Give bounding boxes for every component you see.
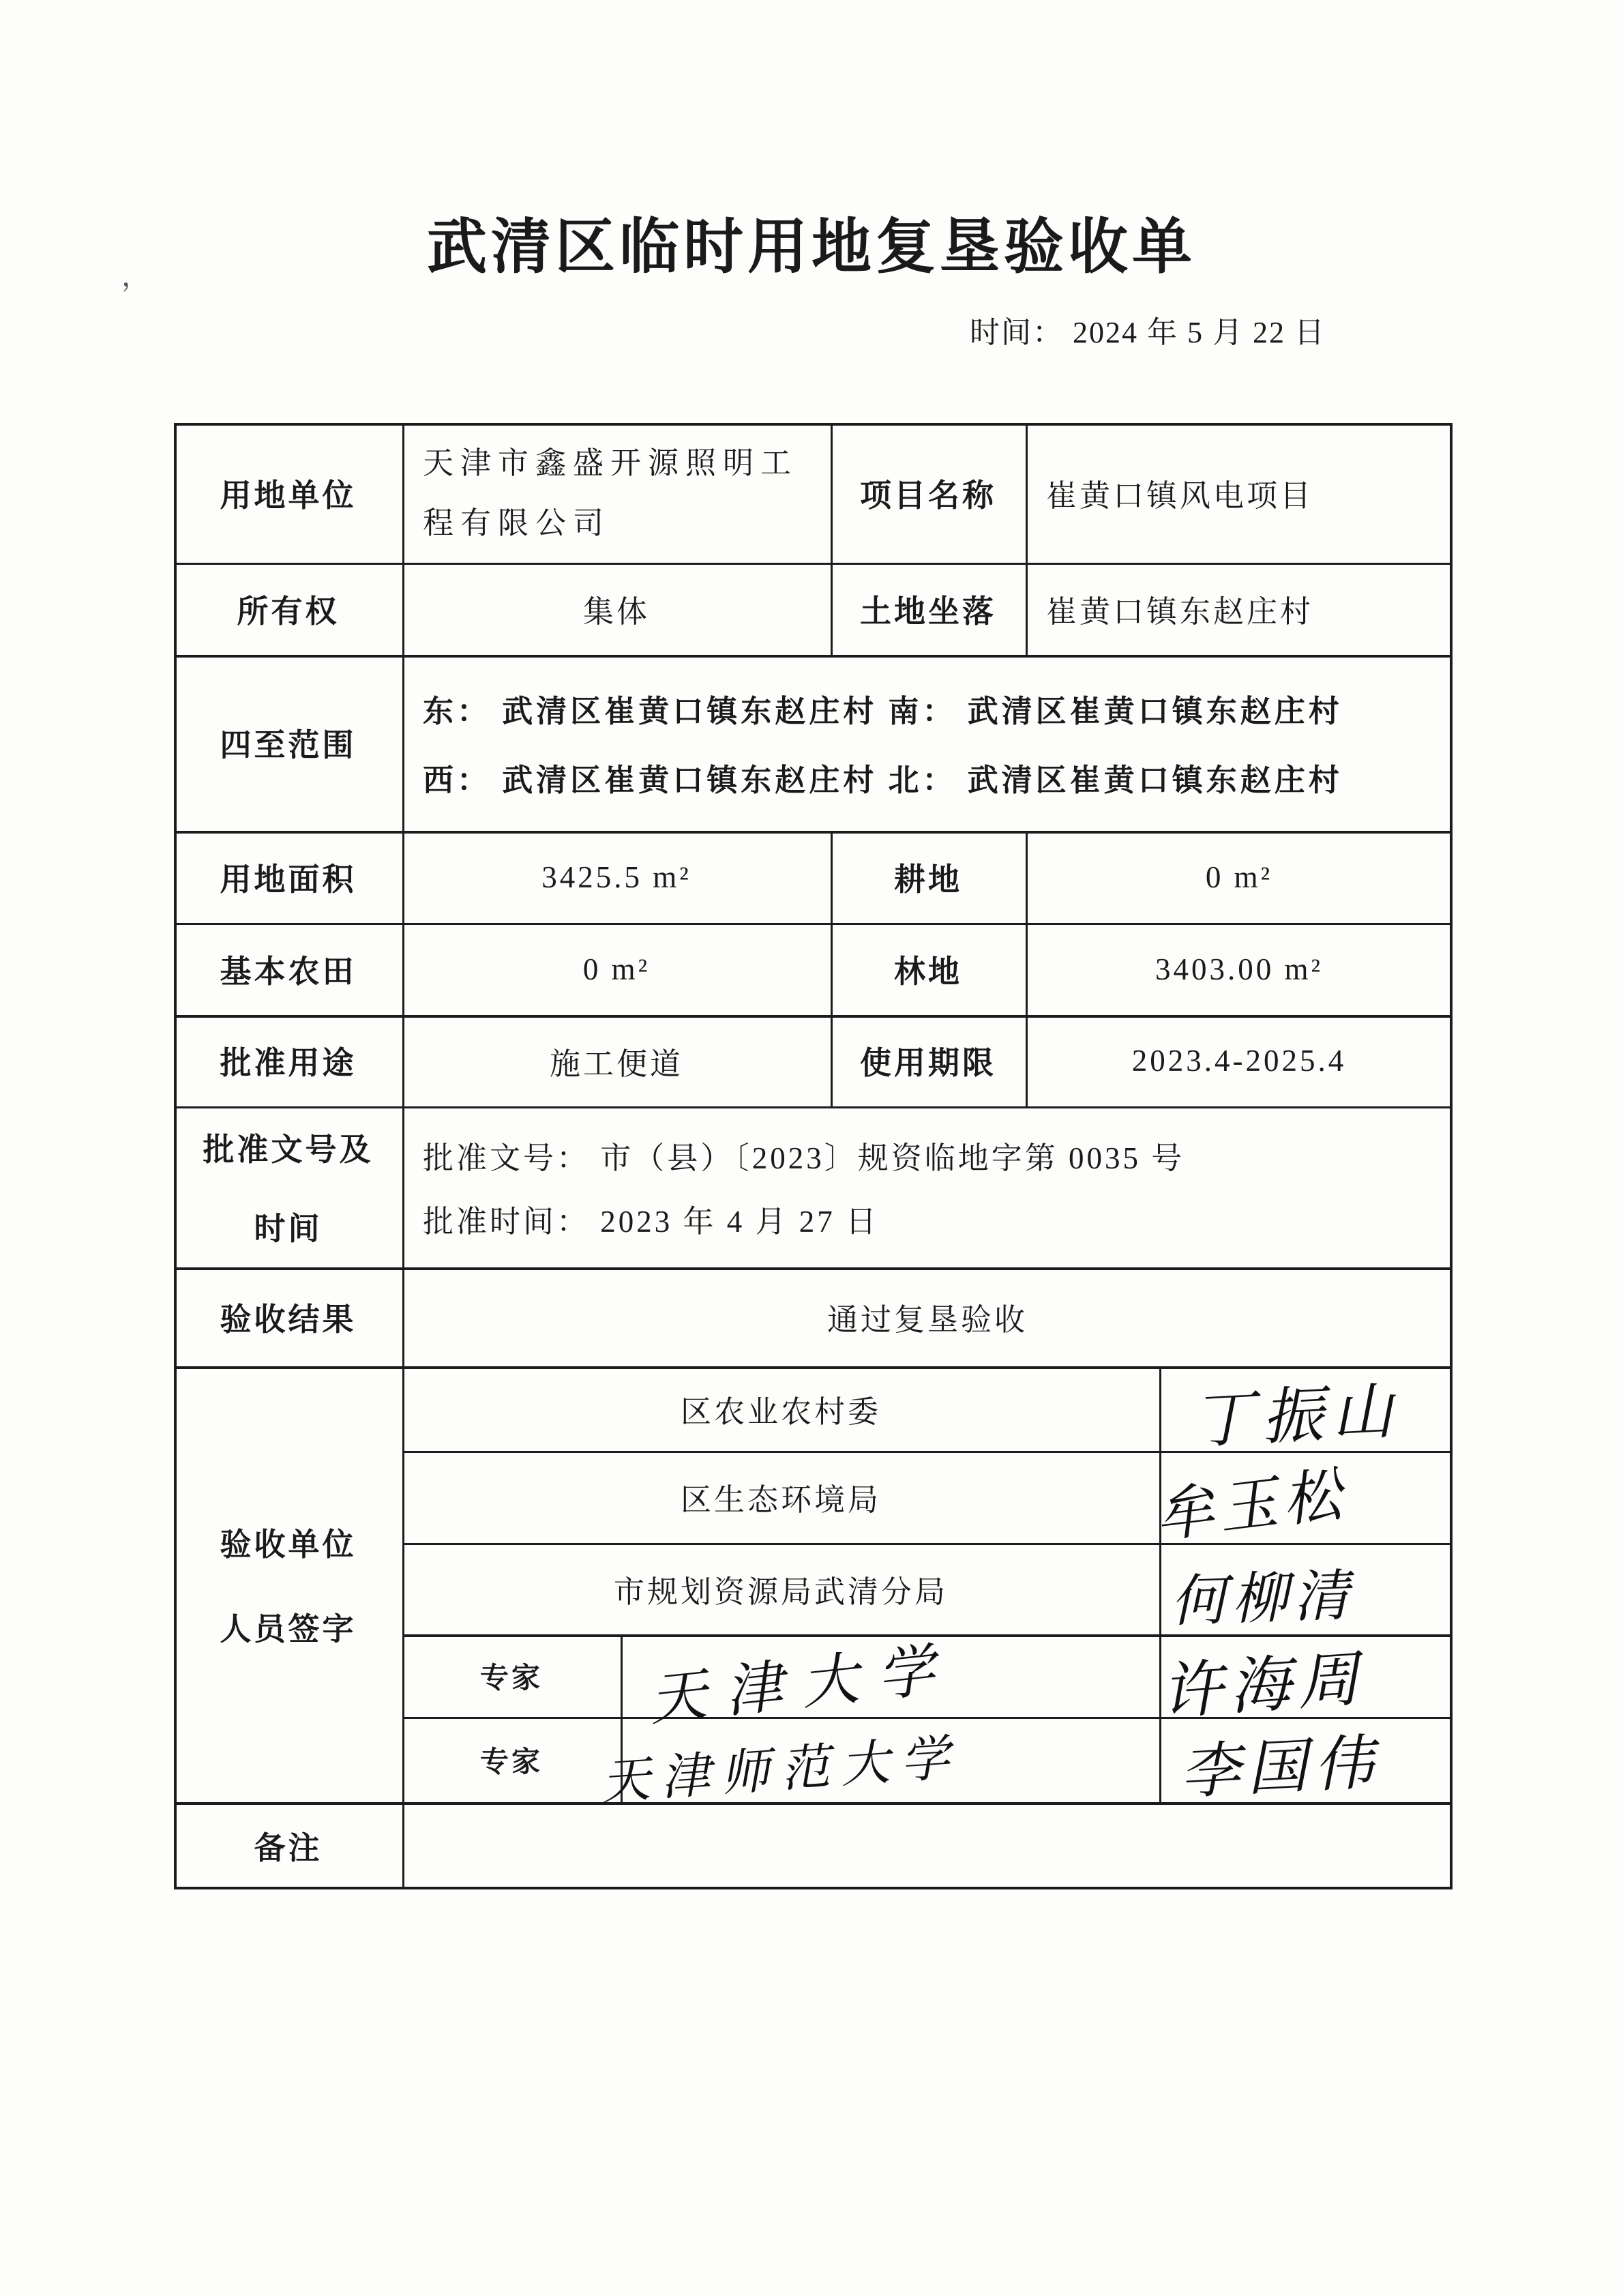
- label-approval-doc-line2: 时间: [254, 1204, 323, 1249]
- value-cultivated-land: 0 m²: [1026, 831, 1453, 923]
- signoff-unit-planning: 市规划资源局武清分局: [402, 1543, 1159, 1634]
- value-basic-farmland: 0 m²: [402, 923, 831, 1015]
- label-approved-use: 批准用途: [174, 1015, 402, 1106]
- approval-doc-number-line: 批准文号： 市（县）〔2023〕规资临地字第 0035 号: [423, 1133, 1185, 1177]
- table-line: [1159, 1366, 1161, 1802]
- value-acceptance-result: 通过复垦验收: [402, 1267, 1453, 1366]
- label-ownership: 所有权: [174, 563, 402, 655]
- label-land-unit: 用地单位: [174, 423, 402, 563]
- value-ownership: 集体: [402, 563, 831, 655]
- label-signoff-line1: 验收单位: [220, 1520, 357, 1565]
- label-boundary: 四至范围: [174, 655, 402, 831]
- value-land-unit: 天津市鑫盛开源照明工程有限公司: [402, 423, 831, 563]
- page-title: 武清区临时用地复垦验收单: [0, 210, 1623, 286]
- label-signoff-section: 验收单位 人员签字: [174, 1366, 402, 1802]
- value-project-name: 崔黄口镇风电项目: [1026, 423, 1453, 563]
- value-remark: [402, 1802, 1453, 1889]
- boundary-line-east-south: 东： 武清区崔黄口镇东赵庄村 南： 武清区崔黄口镇东赵庄村: [423, 686, 1343, 731]
- label-cultivated-land: 耕地: [831, 831, 1026, 923]
- label-use-term: 使用期限: [831, 1015, 1026, 1106]
- value-land-location: 崔黄口镇东赵庄村: [1026, 563, 1453, 655]
- label-land-area: 用地面积: [174, 831, 402, 923]
- label-remark: 备注: [174, 1802, 402, 1889]
- approval-date-line: 批准时间： 2023 年 4 月 27 日: [423, 1196, 879, 1241]
- value-land-area: 3425.5 m²: [402, 831, 831, 923]
- label-project-name: 项目名称: [831, 423, 1026, 563]
- label-approval-doc-and-time: 批准文号及 时间: [174, 1106, 402, 1267]
- signature-he-liuqing: 何柳清: [1169, 1550, 1410, 1636]
- signature-expert-2: 李国伟: [1178, 1713, 1461, 1808]
- label-acceptance-result: 验收结果: [174, 1267, 402, 1366]
- label-land-location: 土地坐落: [831, 563, 1026, 655]
- date-line: 时间： 2024 年 5 月 22 日: [970, 312, 1433, 353]
- value-forest-land: 3403.00 m²: [1026, 923, 1453, 1015]
- label-signoff-line2: 人员签字: [220, 1604, 357, 1649]
- signoff-unit-ecology: 区生态环境局: [402, 1451, 1159, 1543]
- value-use-term: 2023.4-2025.4: [1026, 1015, 1453, 1106]
- signature-ding-zhenshan: 丁振山: [1190, 1363, 1446, 1454]
- label-basic-farmland: 基本农田: [174, 923, 402, 1015]
- label-expert-1: 专家: [402, 1634, 621, 1717]
- scanned-form-page: ， 武清区临时用地复垦验收单 时间： 2024 年 5 月 22 日 用地单位 …: [0, 0, 1623, 2296]
- value-approved-use: 施工便道: [402, 1015, 831, 1106]
- label-forest-land: 林地: [831, 923, 1026, 1015]
- boundary-line-west-north: 西： 武清区崔黄口镇东赵庄村 北： 武清区崔黄口镇东赵庄村: [423, 755, 1343, 799]
- label-expert-2: 专家: [402, 1717, 621, 1802]
- signoff-unit-agriculture: 区农业农村委: [402, 1366, 1159, 1451]
- label-approval-doc-line1: 批准文号及: [203, 1125, 374, 1170]
